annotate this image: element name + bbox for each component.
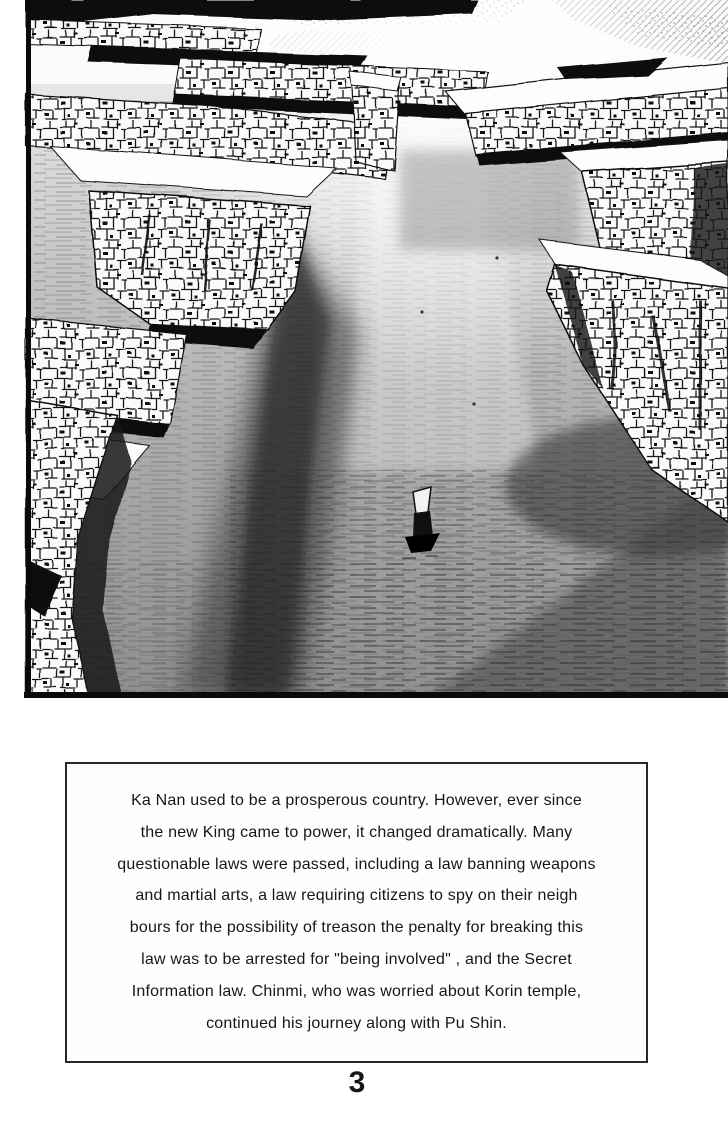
- manga-page: Ka Nan used to be a prosperous country. …: [0, 0, 728, 1127]
- narration-line: Information law. Chinmi, who was worried…: [67, 976, 646, 1008]
- narration-line: questionable laws were passed, including…: [67, 849, 646, 881]
- panel-illustration: [0, 0, 728, 698]
- narration-line: and martial arts, a law requiring citize…: [67, 880, 646, 912]
- page-number: 3: [0, 1066, 714, 1100]
- narration-line: Ka Nan used to be a prosperous country. …: [67, 785, 646, 817]
- narration-line: bours for the possibility of treason the…: [67, 912, 646, 944]
- narration-line: continued his journey along with Pu Shin…: [67, 1008, 646, 1040]
- panel-border-left: [26, 0, 31, 698]
- narration-line: the new King came to power, it changed d…: [67, 817, 646, 849]
- panel-border-bottom: [24, 692, 728, 698]
- narration-line: law was to be arrested for "being involv…: [67, 944, 646, 976]
- narration-box: Ka Nan used to be a prosperous country. …: [65, 762, 648, 1063]
